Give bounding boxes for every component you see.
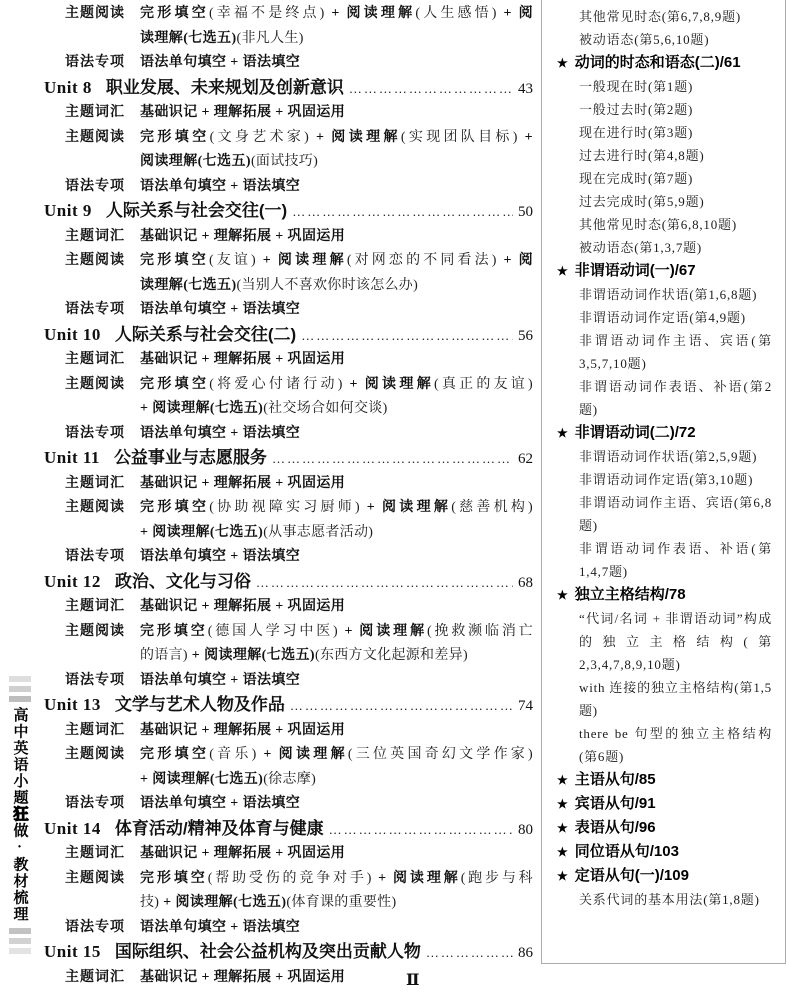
toc-detail-row: 主题阅读完形填空(友谊) + 阅读理解(对网恋的不同看法) + 阅读理解(七选五… (65, 249, 533, 298)
sidebar-stripe (9, 928, 31, 934)
toc-text-main: 阅读理解(七选五) (140, 154, 251, 169)
toc-text-main: 语法单句填空 + 语法填空 (140, 179, 300, 194)
star-icon: ★ (557, 259, 568, 283)
dot-leader: …………………………………………………………………………………………………………… (301, 324, 513, 349)
toc-detail-content: 语法单句填空 + 语法填空 (140, 792, 533, 817)
toc-line: 完形填空(将爱心付诸行动) + 阅读理解(真正的友谊) (140, 373, 533, 398)
grammar-sub-item: 现在进行时(第3题) (579, 121, 772, 144)
dot-leader: …………………………………………………………………………………………………………… (426, 941, 513, 966)
unit-page-number: 43 (518, 77, 533, 102)
toc-detail-content: 完形填空(帮助受伤的竞争对手) + 阅读理解(跑步与科技) + 阅读理解(七选五… (140, 867, 533, 916)
toc-text-main: + (159, 895, 175, 910)
grammar-star-item: ★独立主格结构/78 (557, 583, 785, 607)
toc-detail-label: 主题词汇 (65, 472, 140, 497)
grammar-sub-item: 非谓语动词作主语、宾语(第3,5,7,10题) (579, 329, 772, 375)
unit-title: 文学与艺术人物及作品 (115, 693, 285, 718)
unit-number: Unit 10 (44, 323, 101, 348)
toc-detail-content: 完形填空(友谊) + 阅读理解(对网恋的不同看法) + 阅读理解(七选五)(当别… (140, 249, 533, 298)
unit-number: Unit 8 (44, 76, 92, 101)
toc-detail-content: 完形填空(音乐) + 阅读理解(三位英国奇幻文学作家)+ 阅读理解(七选五)(徐… (140, 743, 533, 792)
toc-detail-row: 主题阅读完形填空(音乐) + 阅读理解(三位英国奇幻文学作家)+ 阅读理解(七选… (65, 743, 533, 792)
toc-text-topic: (从事志愿者活动) (263, 525, 373, 540)
toc-detail-row: 主题词汇基础识记 + 理解拓展 + 巩固运用 (65, 225, 533, 250)
grammar-star-item: ★主语从句/85 (557, 768, 785, 792)
grammar-star-item: ★宾语从句/91 (557, 792, 785, 816)
sidebar-stripe (9, 696, 31, 702)
toc-detail-label: 主题词汇 (65, 719, 140, 744)
toc-text-topic: 技) (140, 895, 159, 910)
toc-detail-row: 主题阅读完形填空(帮助受伤的竞争对手) + 阅读理解(跑步与科技) + 阅读理解… (65, 867, 533, 916)
toc-text-main: 完形填空 (140, 747, 209, 762)
unit-title: 国际组织、社会公益机构及突出贡献人物 (115, 940, 421, 965)
toc-detail-label: 语法专项 (65, 545, 140, 570)
toc-line: 基础识记 + 理解拓展 + 巩固运用 (140, 225, 533, 250)
grammar-sub-item: 非谓语动词作定语(第4,9题) (579, 306, 772, 329)
spine-char: 小 (12, 773, 28, 790)
toc-text-topic: (德国人学习中医) (208, 624, 338, 639)
toc-line: 基础识记 + 理解拓展 + 巩固运用 (140, 719, 533, 744)
toc-line: 基础识记 + 理解拓展 + 巩固运用 (140, 472, 533, 497)
grammar-star-title: 非谓语动词(一)/67 (575, 259, 696, 283)
toc-line: 基础识记 + 理解拓展 + 巩固运用 (140, 842, 533, 867)
toc-text-topic: (文身艺术家) (210, 130, 309, 145)
toc-text-main: 语法单句填空 + 语法填空 (140, 549, 300, 564)
dot-leader: …………………………………………………………………………………………………………… (292, 200, 513, 225)
toc-text-main: + (309, 130, 331, 145)
toc-text-main: + 阅 (497, 6, 533, 21)
toc-text-main: 基础识记 + 理解拓展 + 巩固运用 (140, 105, 345, 120)
unit-page-number: 74 (518, 694, 533, 719)
toc-line: 完形填空(帮助受伤的竞争对手) + 阅读理解(跑步与科 (140, 867, 533, 892)
toc-unit-row: Unit 11公益事业与志愿服务………………………………………………………………… (44, 446, 533, 472)
toc-line: 读理解(七选五)(当别人不喜欢你时该怎么办) (140, 274, 533, 299)
toc-detail-content: 基础识记 + 理解拓展 + 巩固运用 (140, 595, 533, 620)
toc-text-main: 阅读理解 (365, 377, 434, 392)
sidebar-stripe (9, 948, 31, 954)
unit-number: Unit 13 (44, 693, 101, 718)
toc-detail-row: 语法专项语法单句填空 + 语法填空 (65, 422, 533, 447)
grammar-star-item: ★同位语从句/103 (557, 840, 785, 864)
toc-unit-row: Unit 12政治、文化与习俗…………………………………………………………………… (44, 570, 533, 596)
star-icon: ★ (557, 792, 568, 816)
toc-detail-row: 语法专项语法单句填空 + 语法填空 (65, 298, 533, 323)
toc-text-topic: (实现团队目标) (401, 130, 518, 145)
toc-detail-row: 主题词汇基础识记 + 理解拓展 + 巩固运用 (65, 101, 533, 126)
toc-detail-label: 语法专项 (65, 51, 140, 76)
star-icon: ★ (557, 583, 568, 607)
spine-char: 中 (12, 724, 28, 741)
star-icon: ★ (557, 840, 568, 864)
toc-text-main: + 阅读理解(七选五) (140, 772, 263, 787)
grammar-star-item: ★非谓语动词(二)/72 (557, 421, 785, 445)
toc-text-main: 阅读理解 (331, 130, 401, 145)
toc-line: 完形填空(德国人学习中医) + 阅读理解(挽救濒临消亡 (140, 620, 533, 645)
unit-page-number: 56 (518, 324, 533, 349)
unit-page-number: 62 (518, 447, 533, 472)
toc-text-main: 完形填空 (140, 871, 208, 886)
toc-text-main: + 阅读理解(七选五) (140, 401, 263, 416)
toc-detail-content: 基础识记 + 理解拓展 + 巩固运用 (140, 966, 533, 991)
toc-detail-label: 主题词汇 (65, 842, 140, 867)
toc-detail-content: 语法单句填空 + 语法填空 (140, 669, 533, 694)
toc-detail-row: 语法专项语法单句填空 + 语法填空 (65, 792, 533, 817)
unit-page-number: 50 (518, 200, 533, 225)
toc-text-main: 阅读理解 (278, 253, 347, 268)
toc-text-main: 阅读理解 (393, 871, 461, 886)
unit-number: Unit 14 (44, 817, 101, 842)
spine-char: 英 (12, 740, 28, 757)
unit-title: 政治、文化与习俗 (115, 570, 251, 595)
toc-text-main: 阅读理解 (359, 624, 427, 639)
grammar-star-item: ★动词的时态和语态(二)/61 (557, 51, 785, 75)
unit-number: Unit 12 (44, 570, 101, 595)
unit-page-number: 80 (518, 818, 533, 843)
grammar-sub-item: 非谓语动词作定语(第3,10题) (579, 468, 772, 491)
toc-line: 基础识记 + 理解拓展 + 巩固运用 (140, 595, 533, 620)
toc-detail-label: 语法专项 (65, 916, 140, 941)
toc-line: 完形填空(音乐) + 阅读理解(三位英国奇幻文学作家) (140, 743, 533, 768)
grammar-star-title: 同位语从句/103 (575, 840, 679, 864)
sidebar-stripe (9, 676, 31, 682)
toc-detail-content: 完形填空(将爱心付诸行动) + 阅读理解(真正的友谊)+ 阅读理解(七选五)(社… (140, 373, 533, 422)
toc-detail-label: 主题阅读 (65, 373, 140, 422)
toc-detail-label: 语法专项 (65, 669, 140, 694)
toc-detail-content: 完形填空(协助视障实习厨师) + 阅读理解(慈善机构)+ 阅读理解(七选五)(从… (140, 496, 533, 545)
toc-line: 完形填空(幸福不是终点) + 阅读理解(人生感悟) + 阅 (140, 2, 533, 27)
toc-text-main: 基础识记 + 理解拓展 + 巩固运用 (140, 846, 345, 861)
toc-detail-content: 基础识记 + 理解拓展 + 巩固运用 (140, 225, 533, 250)
toc-text-main: + (372, 871, 393, 886)
toc-line: 语法单句填空 + 语法填空 (140, 422, 533, 447)
dot-leader: …………………………………………………………………………………………………………… (272, 447, 513, 472)
toc-detail-row: 主题词汇基础识记 + 理解拓展 + 巩固运用 (65, 842, 533, 867)
toc-text-topic: (东西方文化起源和差异) (315, 648, 468, 663)
unit-title: 职业发展、未来规划及创新意识 (106, 76, 344, 101)
grammar-star-title: 主语从句/85 (575, 768, 656, 792)
spine-char: 梳 (12, 890, 28, 907)
toc-text-main: 阅读理解(七选五) (204, 648, 315, 663)
toc-text-main: + (188, 648, 204, 663)
toc-line: 语法单句填空 + 语法填空 (140, 545, 533, 570)
spine-char: 高 (12, 707, 28, 724)
toc-line: 基础识记 + 理解拓展 + 巩固运用 (140, 101, 533, 126)
unit-title: 人际关系与社会交往(一) (106, 199, 287, 224)
grammar-star-title: 表语从句/96 (575, 816, 656, 840)
grammar-star-title: 定语从句(一)/109 (575, 864, 689, 888)
grammar-sub-item: 被动语态(第1,3,7题) (579, 236, 772, 259)
toc-text-topic: (慈善机构) (451, 500, 533, 515)
toc-detail-row: 主题阅读完形填空(协助视障实习厨师) + 阅读理解(慈善机构)+ 阅读理解(七选… (65, 496, 533, 545)
spine-char: · (12, 839, 28, 857)
spine-char: 教 (12, 857, 28, 874)
toc-text-main: 基础识记 + 理解拓展 + 巩固运用 (140, 970, 345, 985)
spine-char: 语 (12, 757, 28, 774)
toc-text-main: + (256, 253, 278, 268)
toc-unit-row: Unit 14体育活动/精神及体育与健康……………………………………………………… (44, 817, 533, 843)
grammar-sub-item: with 连接的独立主格结构(第1,5题) (579, 676, 772, 722)
book-spine-title: 高中英语小题狂做·教材梳理 (10, 707, 31, 923)
toc-text-main: 语法单句填空 + 语法填空 (140, 796, 300, 811)
toc-text-main: 阅读理解(七选五) (175, 895, 286, 910)
toc-line: 基础识记 + 理解拓展 + 巩固运用 (140, 966, 533, 991)
toc-text-main: 完形填空 (140, 130, 210, 145)
toc-text-topic: (幸福不是终点) (209, 6, 325, 21)
toc-line: 阅读理解(七选五)(面试技巧) (140, 150, 533, 175)
toc-line: 语法单句填空 + 语法填空 (140, 175, 533, 200)
star-icon: ★ (557, 864, 568, 888)
toc-line: 语法单句填空 + 语法填空 (140, 792, 533, 817)
toc-text-main: 基础识记 + 理解拓展 + 巩固运用 (140, 229, 345, 244)
toc-line: 语法单句填空 + 语法填空 (140, 51, 533, 76)
toc-detail-label: 主题阅读 (65, 2, 140, 51)
toc-detail-row: 语法专项语法单句填空 + 语法填空 (65, 51, 533, 76)
toc-detail-content: 语法单句填空 + 语法填空 (140, 545, 533, 570)
sidebar-stripe (9, 938, 31, 944)
toc-text-main: + (338, 624, 359, 639)
toc-detail-row: 主题阅读完形填空(文身艺术家) + 阅读理解(实现团队目标) + 阅读理解(七选… (65, 126, 533, 175)
dot-leader: …………………………………………………………………………………………………………… (349, 77, 513, 102)
toc-text-main: 阅读理解 (382, 500, 451, 515)
toc-line: + 阅读理解(七选五)(从事志愿者活动) (140, 521, 533, 546)
unit-number: Unit 11 (44, 446, 100, 471)
star-icon: ★ (557, 768, 568, 792)
toc-line: 技) + 阅读理解(七选五)(体育课的重要性) (140, 891, 533, 916)
grammar-sub-item: 非谓语动词作状语(第2,5,9题) (579, 445, 772, 468)
toc-line: 完形填空(文身艺术家) + 阅读理解(实现团队目标) + (140, 126, 533, 151)
toc-detail-row: 主题词汇基础识记 + 理解拓展 + 巩固运用 (65, 719, 533, 744)
toc-line: + 阅读理解(七选五)(社交场合如何交谈) (140, 397, 533, 422)
toc-text-main: 完形填空 (140, 377, 209, 392)
toc-text-topic: (音乐) (209, 747, 256, 762)
grammar-sub-item: 一般现在时(第1题) (579, 75, 772, 98)
grammar-sub-item: 非谓语动词作表语、补语(第2题) (579, 375, 772, 421)
toc-unit-row: Unit 9人际关系与社会交往(一)…………………………………………………………… (44, 199, 533, 225)
grammar-star-item: ★非谓语动词(一)/67 (557, 259, 785, 283)
toc-detail-label: 主题阅读 (65, 249, 140, 298)
toc-text-topic: (非凡人生) (237, 31, 304, 46)
grammar-sub-item: 非谓语动词作状语(第1,6,8题) (579, 283, 772, 306)
grammar-index-box: 其他常见时态(第6,7,8,9题)被动语态(第5,6,10题)★动词的时态和语态… (541, 0, 786, 964)
toc-text-topic: (对网恋的不同看法) (347, 253, 497, 268)
toc-text-topic: (友谊) (209, 253, 256, 268)
grammar-star-title: 宾语从句/91 (575, 792, 656, 816)
star-icon: ★ (557, 51, 568, 75)
toc-detail-row: 主题词汇基础识记 + 理解拓展 + 巩固运用 (65, 966, 533, 991)
toc-detail-content: 完形填空(德国人学习中医) + 阅读理解(挽救濒临消亡的语言) + 阅读理解(七… (140, 620, 533, 669)
toc-detail-label: 语法专项 (65, 422, 140, 447)
toc-detail-content: 基础识记 + 理解拓展 + 巩固运用 (140, 472, 533, 497)
toc-detail-row: 语法专项语法单句填空 + 语法填空 (65, 545, 533, 570)
toc-detail-label: 主题阅读 (65, 496, 140, 545)
toc-detail-content: 语法单句填空 + 语法填空 (140, 916, 533, 941)
toc-text-main: + (325, 6, 347, 21)
grammar-sub-item: 其他常见时态(第6,7,8,9题) (579, 5, 772, 28)
toc-line: 语法单句填空 + 语法填空 (140, 916, 533, 941)
toc-detail-label: 语法专项 (65, 175, 140, 200)
dot-leader: …………………………………………………………………………………………………………… (329, 818, 513, 843)
toc-detail-label: 主题阅读 (65, 743, 140, 792)
toc-text-main: 语法单句填空 + 语法填空 (140, 920, 300, 935)
toc-detail-row: 主题词汇基础识记 + 理解拓展 + 巩固运用 (65, 348, 533, 373)
toc-unit-row: Unit 15国际组织、社会公益机构及突出贡献人物………………………………………… (44, 940, 533, 966)
toc-detail-row: 主题阅读完形填空(将爱心付诸行动) + 阅读理解(真正的友谊)+ 阅读理解(七选… (65, 373, 533, 422)
spine-char: 理 (12, 906, 28, 923)
unit-title: 公益事业与志愿服务 (114, 446, 267, 471)
toc-detail-label: 主题阅读 (65, 867, 140, 916)
grammar-sub-item: 过去完成时(第5,9题) (579, 190, 772, 213)
toc-detail-content: 语法单句填空 + 语法填空 (140, 51, 533, 76)
toc-text-main: 完形填空 (140, 253, 209, 268)
unit-number: Unit 9 (44, 199, 92, 224)
toc-line: 语法单句填空 + 语法填空 (140, 669, 533, 694)
grammar-sub-item: “代词/名词 + 非谓语动词”构成的独立主格结构(第2,3,4,7,8,9,10… (579, 607, 772, 676)
toc-text-main: + (518, 130, 533, 145)
grammar-sub-item: 过去进行时(第4,8题) (579, 144, 772, 167)
toc-detail-label: 语法专项 (65, 298, 140, 323)
toc-text-main: 完形填空 (140, 500, 209, 515)
spine-char: 材 (12, 873, 28, 890)
spine-char: 狂 (12, 806, 28, 823)
toc-detail-row: 语法专项语法单句填空 + 语法填空 (65, 175, 533, 200)
toc-text-topic: (帮助受伤的竞争对手) (208, 871, 372, 886)
toc-detail-row: 主题词汇基础识记 + 理解拓展 + 巩固运用 (65, 472, 533, 497)
toc-text-main: 完形填空 (140, 6, 209, 21)
toc-detail-content: 基础识记 + 理解拓展 + 巩固运用 (140, 348, 533, 373)
toc-text-topic: (挽救濒临消亡 (427, 624, 533, 639)
toc-detail-content: 基础识记 + 理解拓展 + 巩固运用 (140, 842, 533, 867)
toc-detail-content: 基础识记 + 理解拓展 + 巩固运用 (140, 101, 533, 126)
toc-detail-row: 语法专项语法单句填空 + 语法填空 (65, 669, 533, 694)
toc-detail-label: 主题词汇 (65, 595, 140, 620)
unit-number: Unit 15 (44, 940, 101, 965)
book-spine-sidebar: 高中英语小题狂做·教材梳理 (2, 674, 38, 956)
toc-text-main: 读理解(七选五) (140, 31, 237, 46)
toc-detail-label: 主题词汇 (65, 101, 140, 126)
toc-text-topic: (跑步与科 (461, 871, 533, 886)
toc-text-topic: 的语言) (140, 648, 188, 663)
toc-text-main: 阅读理解 (279, 747, 348, 762)
toc-line: 语法单句填空 + 语法填空 (140, 298, 533, 323)
toc-text-topic: (当别人不喜欢你时该怎么办) (237, 278, 419, 293)
unit-title: 体育活动/精神及体育与健康 (115, 817, 324, 842)
toc-detail-label: 主题阅读 (65, 126, 140, 175)
dot-leader: …………………………………………………………………………………………………………… (290, 694, 513, 719)
grammar-sub-item: 其他常见时态(第6,8,10题) (579, 213, 772, 236)
toc-detail-label: 主题词汇 (65, 966, 140, 991)
toc-text-main: 语法单句填空 + 语法填空 (140, 673, 300, 688)
page-number: Ⅱ (406, 970, 419, 990)
star-icon: ★ (557, 816, 568, 840)
toc-text-main: 基础识记 + 理解拓展 + 巩固运用 (140, 723, 345, 738)
toc-detail-content: 基础识记 + 理解拓展 + 巩固运用 (140, 719, 533, 744)
toc-detail-content: 语法单句填空 + 语法填空 (140, 422, 533, 447)
grammar-sub-item: 被动语态(第5,6,10题) (579, 28, 772, 51)
sidebar-stripe (9, 686, 31, 692)
grammar-star-item: ★定语从句(一)/109 (557, 864, 785, 888)
spine-char: 题 (12, 790, 28, 807)
toc-text-topic: (体育课的重要性) (286, 895, 396, 910)
toc-detail-row: 主题阅读完形填空(德国人学习中医) + 阅读理解(挽救濒临消亡的语言) + 阅读… (65, 620, 533, 669)
grammar-star-title: 非谓语动词(二)/72 (575, 421, 696, 445)
toc-text-main: + (257, 747, 279, 762)
toc-detail-row: 语法专项语法单句填空 + 语法填空 (65, 916, 533, 941)
toc-unit-row: Unit 8职业发展、未来规划及创新意识……………………………………………………… (44, 76, 533, 102)
toc-left-column: 主题阅读完形填空(幸福不是终点) + 阅读理解(人生感悟) + 阅读理解(七选五… (44, 2, 533, 990)
toc-text-topic: (三位英国奇幻文学作家) (348, 747, 533, 762)
grammar-sub-item: 非谓语动词作表语、补语(第1,4,7题) (579, 537, 772, 583)
toc-text-main: 基础识记 + 理解拓展 + 巩固运用 (140, 476, 345, 491)
unit-page-number: 86 (518, 941, 533, 966)
toc-text-main: 读理解(七选五) (140, 278, 237, 293)
dot-leader: …………………………………………………………………………………………………………… (256, 571, 513, 596)
toc-line: 完形填空(协助视障实习厨师) + 阅读理解(慈善机构) (140, 496, 533, 521)
toc-text-topic: (徐志摩) (263, 772, 316, 787)
toc-text-main: 语法单句填空 + 语法填空 (140, 426, 300, 441)
toc-detail-label: 主题阅读 (65, 620, 140, 669)
toc-text-topic: (面试技巧) (251, 154, 318, 169)
grammar-sub-item: there be 句型的独立主格结构(第6题) (579, 722, 772, 768)
grammar-sub-item: 现在完成时(第7题) (579, 167, 772, 190)
toc-text-main: 语法单句填空 + 语法填空 (140, 302, 300, 317)
toc-detail-label: 主题词汇 (65, 225, 140, 250)
toc-line: 基础识记 + 理解拓展 + 巩固运用 (140, 348, 533, 373)
toc-line: 的语言) + 阅读理解(七选五)(东西方文化起源和差异) (140, 644, 533, 669)
toc-detail-row: 主题阅读完形填空(幸福不是终点) + 阅读理解(人生感悟) + 阅读理解(七选五… (65, 2, 533, 51)
toc-text-main: 语法单句填空 + 语法填空 (140, 55, 300, 70)
toc-detail-content: 语法单句填空 + 语法填空 (140, 175, 533, 200)
toc-text-main: + 阅读理解(七选五) (140, 525, 263, 540)
unit-page-number: 68 (518, 571, 533, 596)
toc-text-main: 阅读理解 (346, 6, 415, 21)
toc-text-topic: (社交场合如何交谈) (263, 401, 387, 416)
toc-detail-label: 主题词汇 (65, 348, 140, 373)
toc-text-main: + 阅 (497, 253, 533, 268)
grammar-star-title: 独立主格结构/78 (575, 583, 686, 607)
toc-detail-label: 语法专项 (65, 792, 140, 817)
toc-detail-content: 完形填空(文身艺术家) + 阅读理解(实现团队目标) + 阅读理解(七选五)(面… (140, 126, 533, 175)
toc-unit-row: Unit 10人际关系与社会交往(二)………………………………………………………… (44, 323, 533, 349)
spine-char: 做 (12, 823, 28, 840)
toc-line: 读理解(七选五)(非凡人生) (140, 27, 533, 52)
toc-text-topic: (协助视障实习厨师) (209, 500, 360, 515)
grammar-sub-item: 一般过去时(第2题) (579, 98, 772, 121)
toc-detail-content: 语法单句填空 + 语法填空 (140, 298, 533, 323)
toc-text-main: + (343, 377, 365, 392)
unit-title: 人际关系与社会交往(二) (115, 323, 296, 348)
toc-detail-row: 主题词汇基础识记 + 理解拓展 + 巩固运用 (65, 595, 533, 620)
star-icon: ★ (557, 421, 568, 445)
toc-text-topic: (真正的友谊) (434, 377, 533, 392)
toc-text-main: 完形填空 (140, 624, 208, 639)
grammar-sub-item: 关系代词的基本用法(第1,8题) (579, 888, 772, 911)
grammar-star-item: ★表语从句/96 (557, 816, 785, 840)
toc-text-topic: (将爱心付诸行动) (209, 377, 342, 392)
toc-line: + 阅读理解(七选五)(徐志摩) (140, 768, 533, 793)
toc-line: 完形填空(友谊) + 阅读理解(对网恋的不同看法) + 阅 (140, 249, 533, 274)
toc-unit-row: Unit 13文学与艺术人物及作品……………………………………………………………… (44, 693, 533, 719)
toc-text-main: 基础识记 + 理解拓展 + 巩固运用 (140, 352, 345, 367)
toc-text-main: 基础识记 + 理解拓展 + 巩固运用 (140, 599, 345, 614)
grammar-sub-item: 非谓语动词作主语、宾语(第6,8题) (579, 491, 772, 537)
toc-text-main: + (360, 500, 382, 515)
toc-text-topic: (人生感悟) (415, 6, 496, 21)
toc-detail-content: 完形填空(幸福不是终点) + 阅读理解(人生感悟) + 阅读理解(七选五)(非凡… (140, 2, 533, 51)
grammar-star-title: 动词的时态和语态(二)/61 (575, 51, 741, 75)
